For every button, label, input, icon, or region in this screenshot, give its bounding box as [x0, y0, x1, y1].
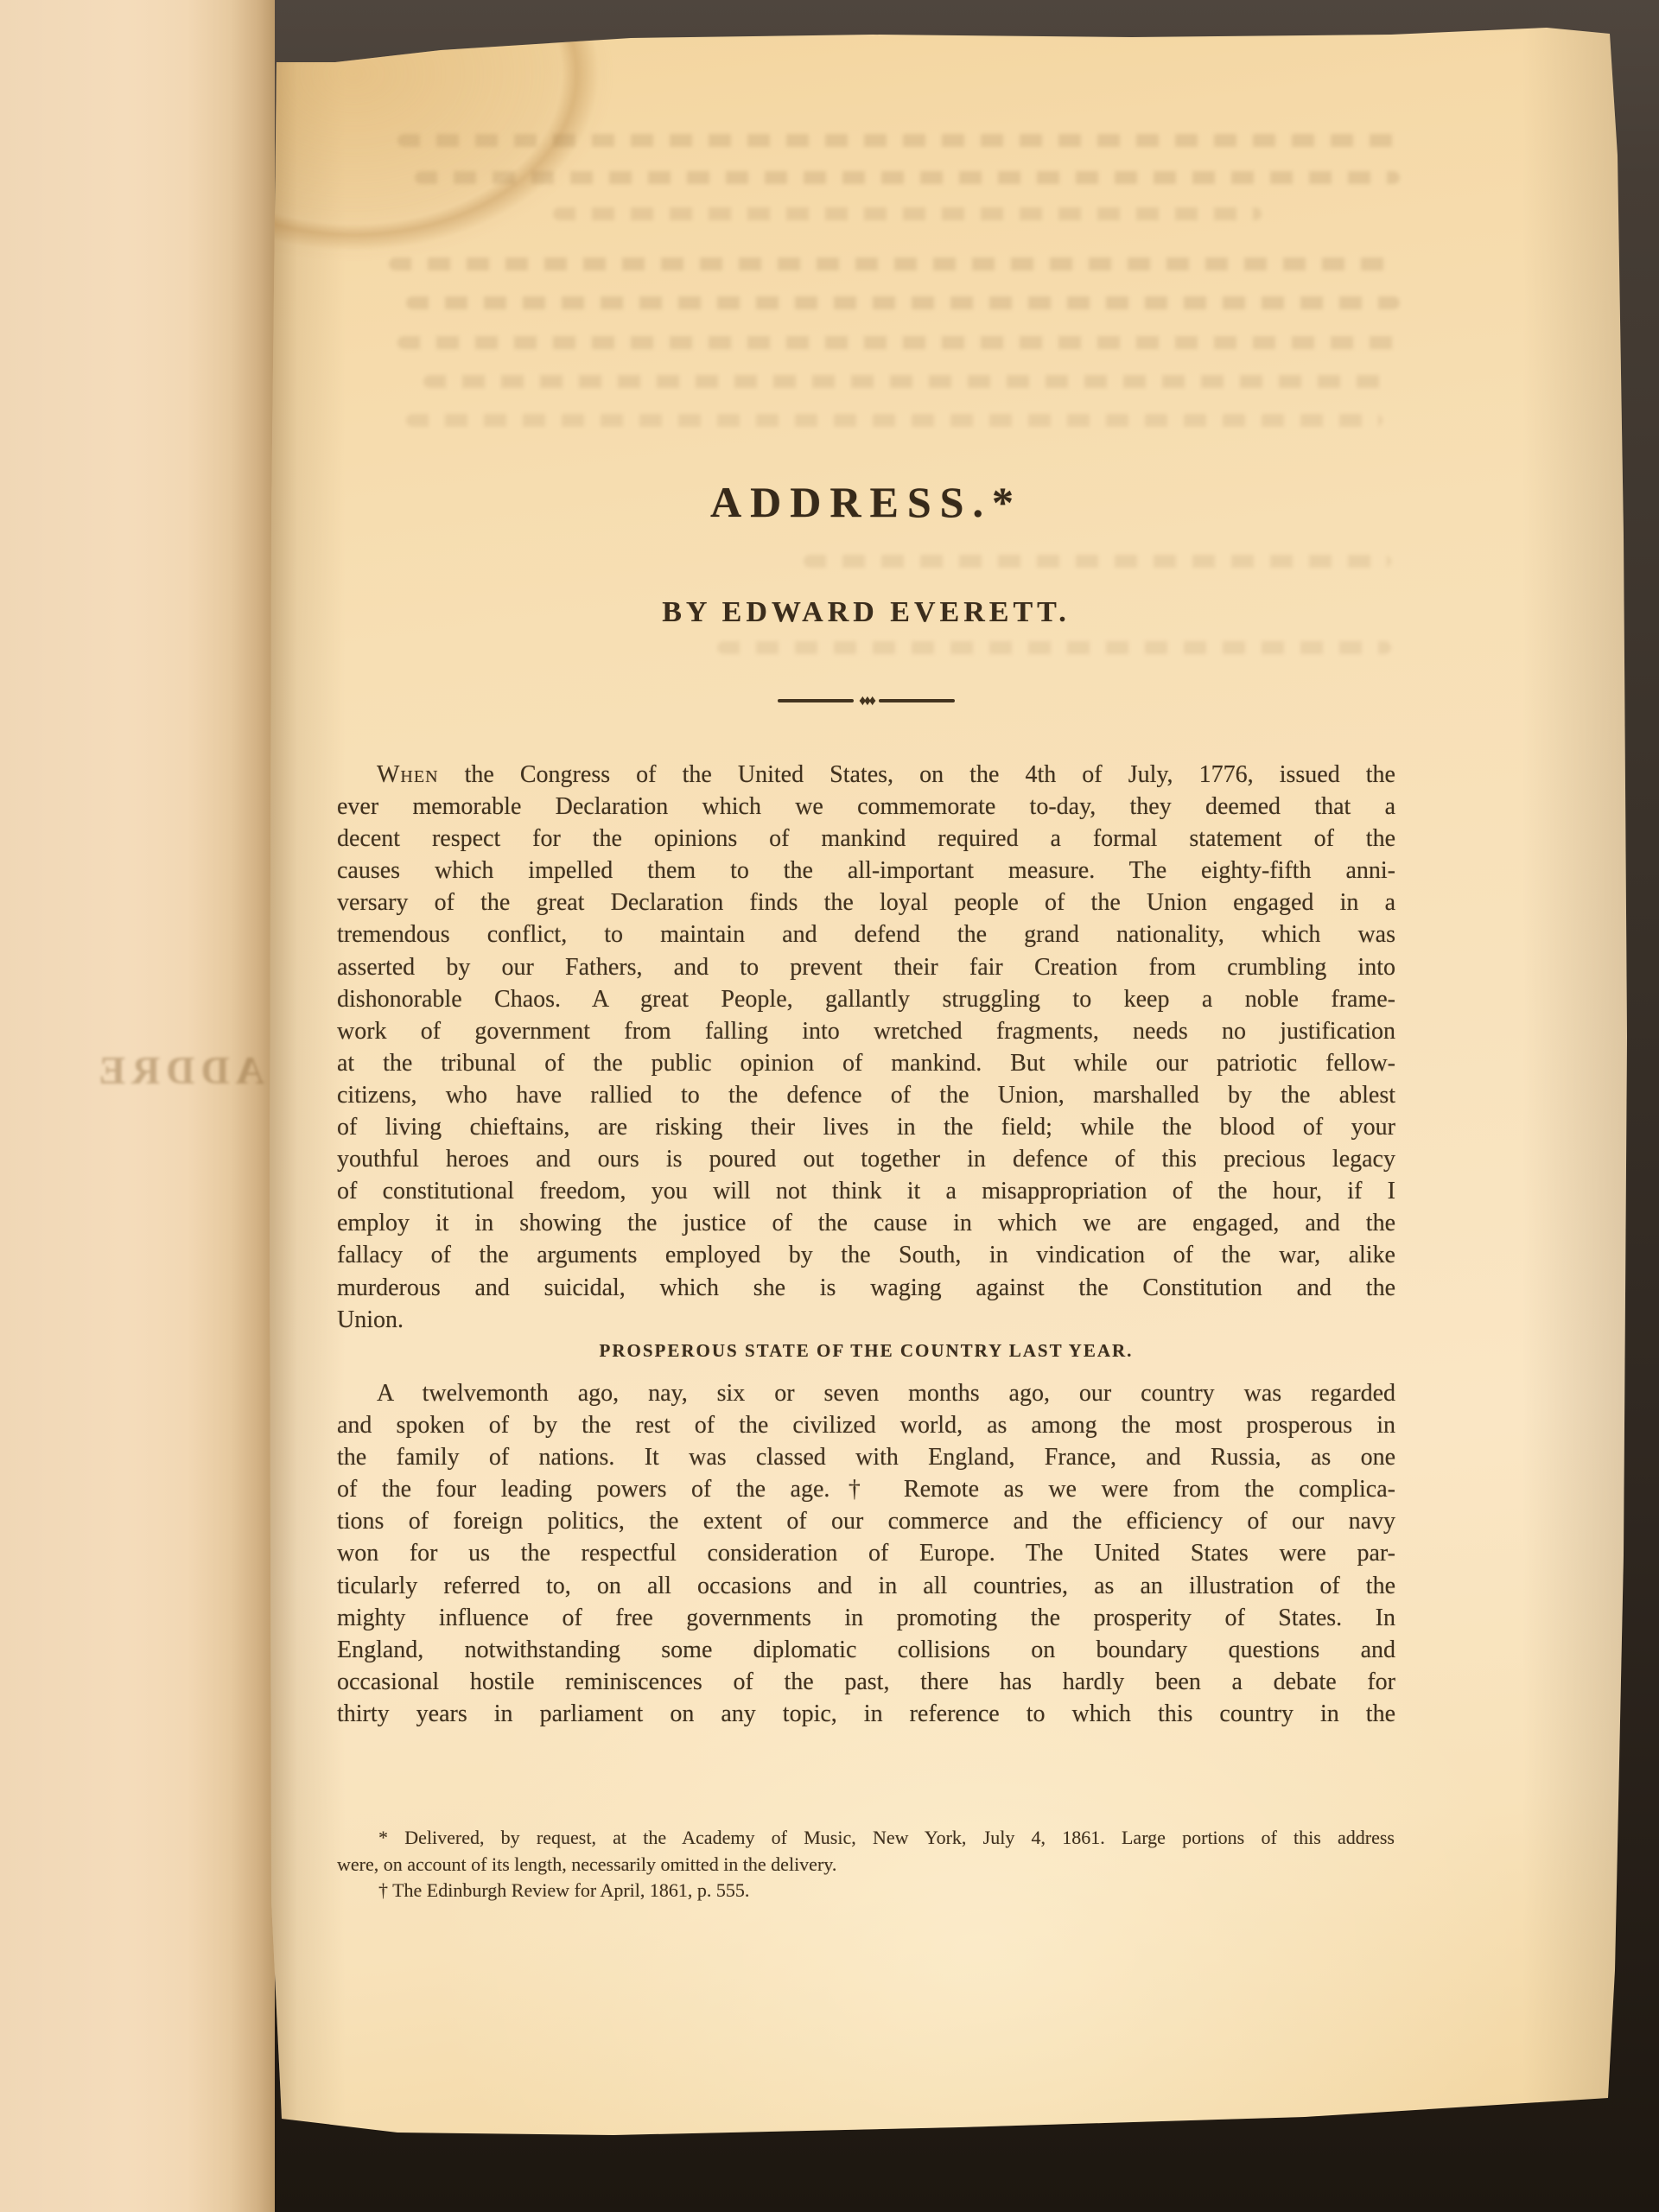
book-photograph: ADDRE ADDRESS.* BY EDWARD EVERETT. ♦♦♦	[0, 0, 1659, 2212]
text-line: work of government from falling into wre…	[337, 1015, 1395, 1047]
text-line: fallacy of the arguments employed by the…	[337, 1239, 1395, 1271]
page-title: ADDRESS.*	[337, 477, 1395, 527]
bleedthrough-line	[406, 414, 1382, 427]
water-stain	[268, 29, 804, 401]
text-line: of living chieftains, are risking their …	[337, 1111, 1395, 1143]
text-line: decent respect for the opinions of manki…	[337, 823, 1395, 855]
lead-word: When	[377, 761, 439, 788]
text-line: of constitutional freedom, you will not …	[337, 1175, 1395, 1207]
bleedthrough-line	[415, 171, 1400, 184]
text-line: England, notwithstanding some diplomatic…	[337, 1634, 1395, 1666]
divider-ornament: ♦♦♦	[337, 696, 1395, 705]
text-line: won for us the respectful consideration …	[337, 1537, 1395, 1569]
section-heading: PROSPEROUS STATE OF THE COUNTRY LAST YEA…	[337, 1340, 1395, 1362]
text-line: mighty influence of free governments in …	[337, 1602, 1395, 1634]
text-line: * Delivered, by request, at the Academy …	[337, 1825, 1395, 1852]
paragraph-lines: ever memorable Declaration which we comm…	[337, 791, 1395, 1336]
paragraph: A twelvemonth ago, nay, six or seven mon…	[337, 1377, 1395, 1730]
text-line: youthful heroes and ours is poured out t…	[337, 1143, 1395, 1175]
footnotes: * Delivered, by request, at the Academy …	[337, 1825, 1395, 1904]
text-line: tremendous conflict, to maintain and def…	[337, 918, 1395, 950]
paragraph-lines: A twelvemonth ago, nay, six or seven mon…	[337, 1377, 1395, 1730]
text-line: dishonorable Chaos. A great People, gall…	[337, 983, 1395, 1015]
bleedthrough-line	[389, 257, 1400, 270]
diamond-ornament-icon: ♦♦♦	[854, 696, 879, 705]
bleedthrough-line	[423, 375, 1391, 388]
book-page: ADDRESS.* BY EDWARD EVERETT. ♦♦♦ When th…	[268, 0, 1631, 2212]
bleedthrough-line	[804, 555, 1391, 568]
text-line: ever memorable Declaration which we comm…	[337, 791, 1395, 823]
divider-bar	[778, 699, 854, 702]
text-line: employ it in showing the justice of the …	[337, 1207, 1395, 1239]
text-line: thirty years in parliament on any topic,…	[337, 1698, 1395, 1730]
text-line: and spoken of by the rest of the civiliz…	[337, 1409, 1395, 1441]
bleedthrough-line	[553, 207, 1262, 220]
text-line: citizens, who have rallied to the defenc…	[337, 1079, 1395, 1111]
text-line: A twelvemonth ago, nay, six or seven mon…	[337, 1377, 1395, 1409]
text-line: of the four leading powers of the age.† …	[337, 1473, 1395, 1505]
facing-page: ADDRE	[0, 0, 275, 2212]
bleedthrough-text: ADDRE	[5, 1047, 264, 1093]
text-line: occasional hostile reminiscences of the …	[337, 1666, 1395, 1698]
text-line: causes which impelled them to the all-im…	[337, 855, 1395, 887]
text-line: Union.	[337, 1304, 1395, 1336]
bleedthrough-line	[406, 296, 1400, 309]
text-line: the family of nations. It was classed wi…	[337, 1441, 1395, 1473]
bleedthrough-line	[717, 641, 1391, 654]
paragraph: When the Congress of the United States, …	[337, 759, 1395, 1336]
line-text: the Congress of the United States, on th…	[439, 761, 1395, 788]
text-line: tions of foreign politics, the extent of…	[337, 1505, 1395, 1537]
text-line: asserted by our Fathers, and to prevent …	[337, 951, 1395, 983]
bleedthrough-line	[397, 134, 1400, 147]
divider-bar	[879, 699, 955, 702]
text-line: When the Congress of the United States, …	[337, 759, 1395, 791]
text-line: were, on account of its length, necessar…	[337, 1852, 1395, 1878]
text-line: at the tribunal of the public opinion of…	[337, 1047, 1395, 1079]
text-line: † The Edinburgh Review for April, 1861, …	[337, 1878, 1395, 1904]
author-byline: BY EDWARD EVERETT.	[337, 596, 1395, 629]
text-line: versary of the great Declaration finds t…	[337, 887, 1395, 918]
bleedthrough-line	[397, 336, 1400, 349]
text-line: ticularly referred to, on all occasions …	[337, 1570, 1395, 1602]
text-line: murderous and suicidal, which she is wag…	[337, 1272, 1395, 1304]
